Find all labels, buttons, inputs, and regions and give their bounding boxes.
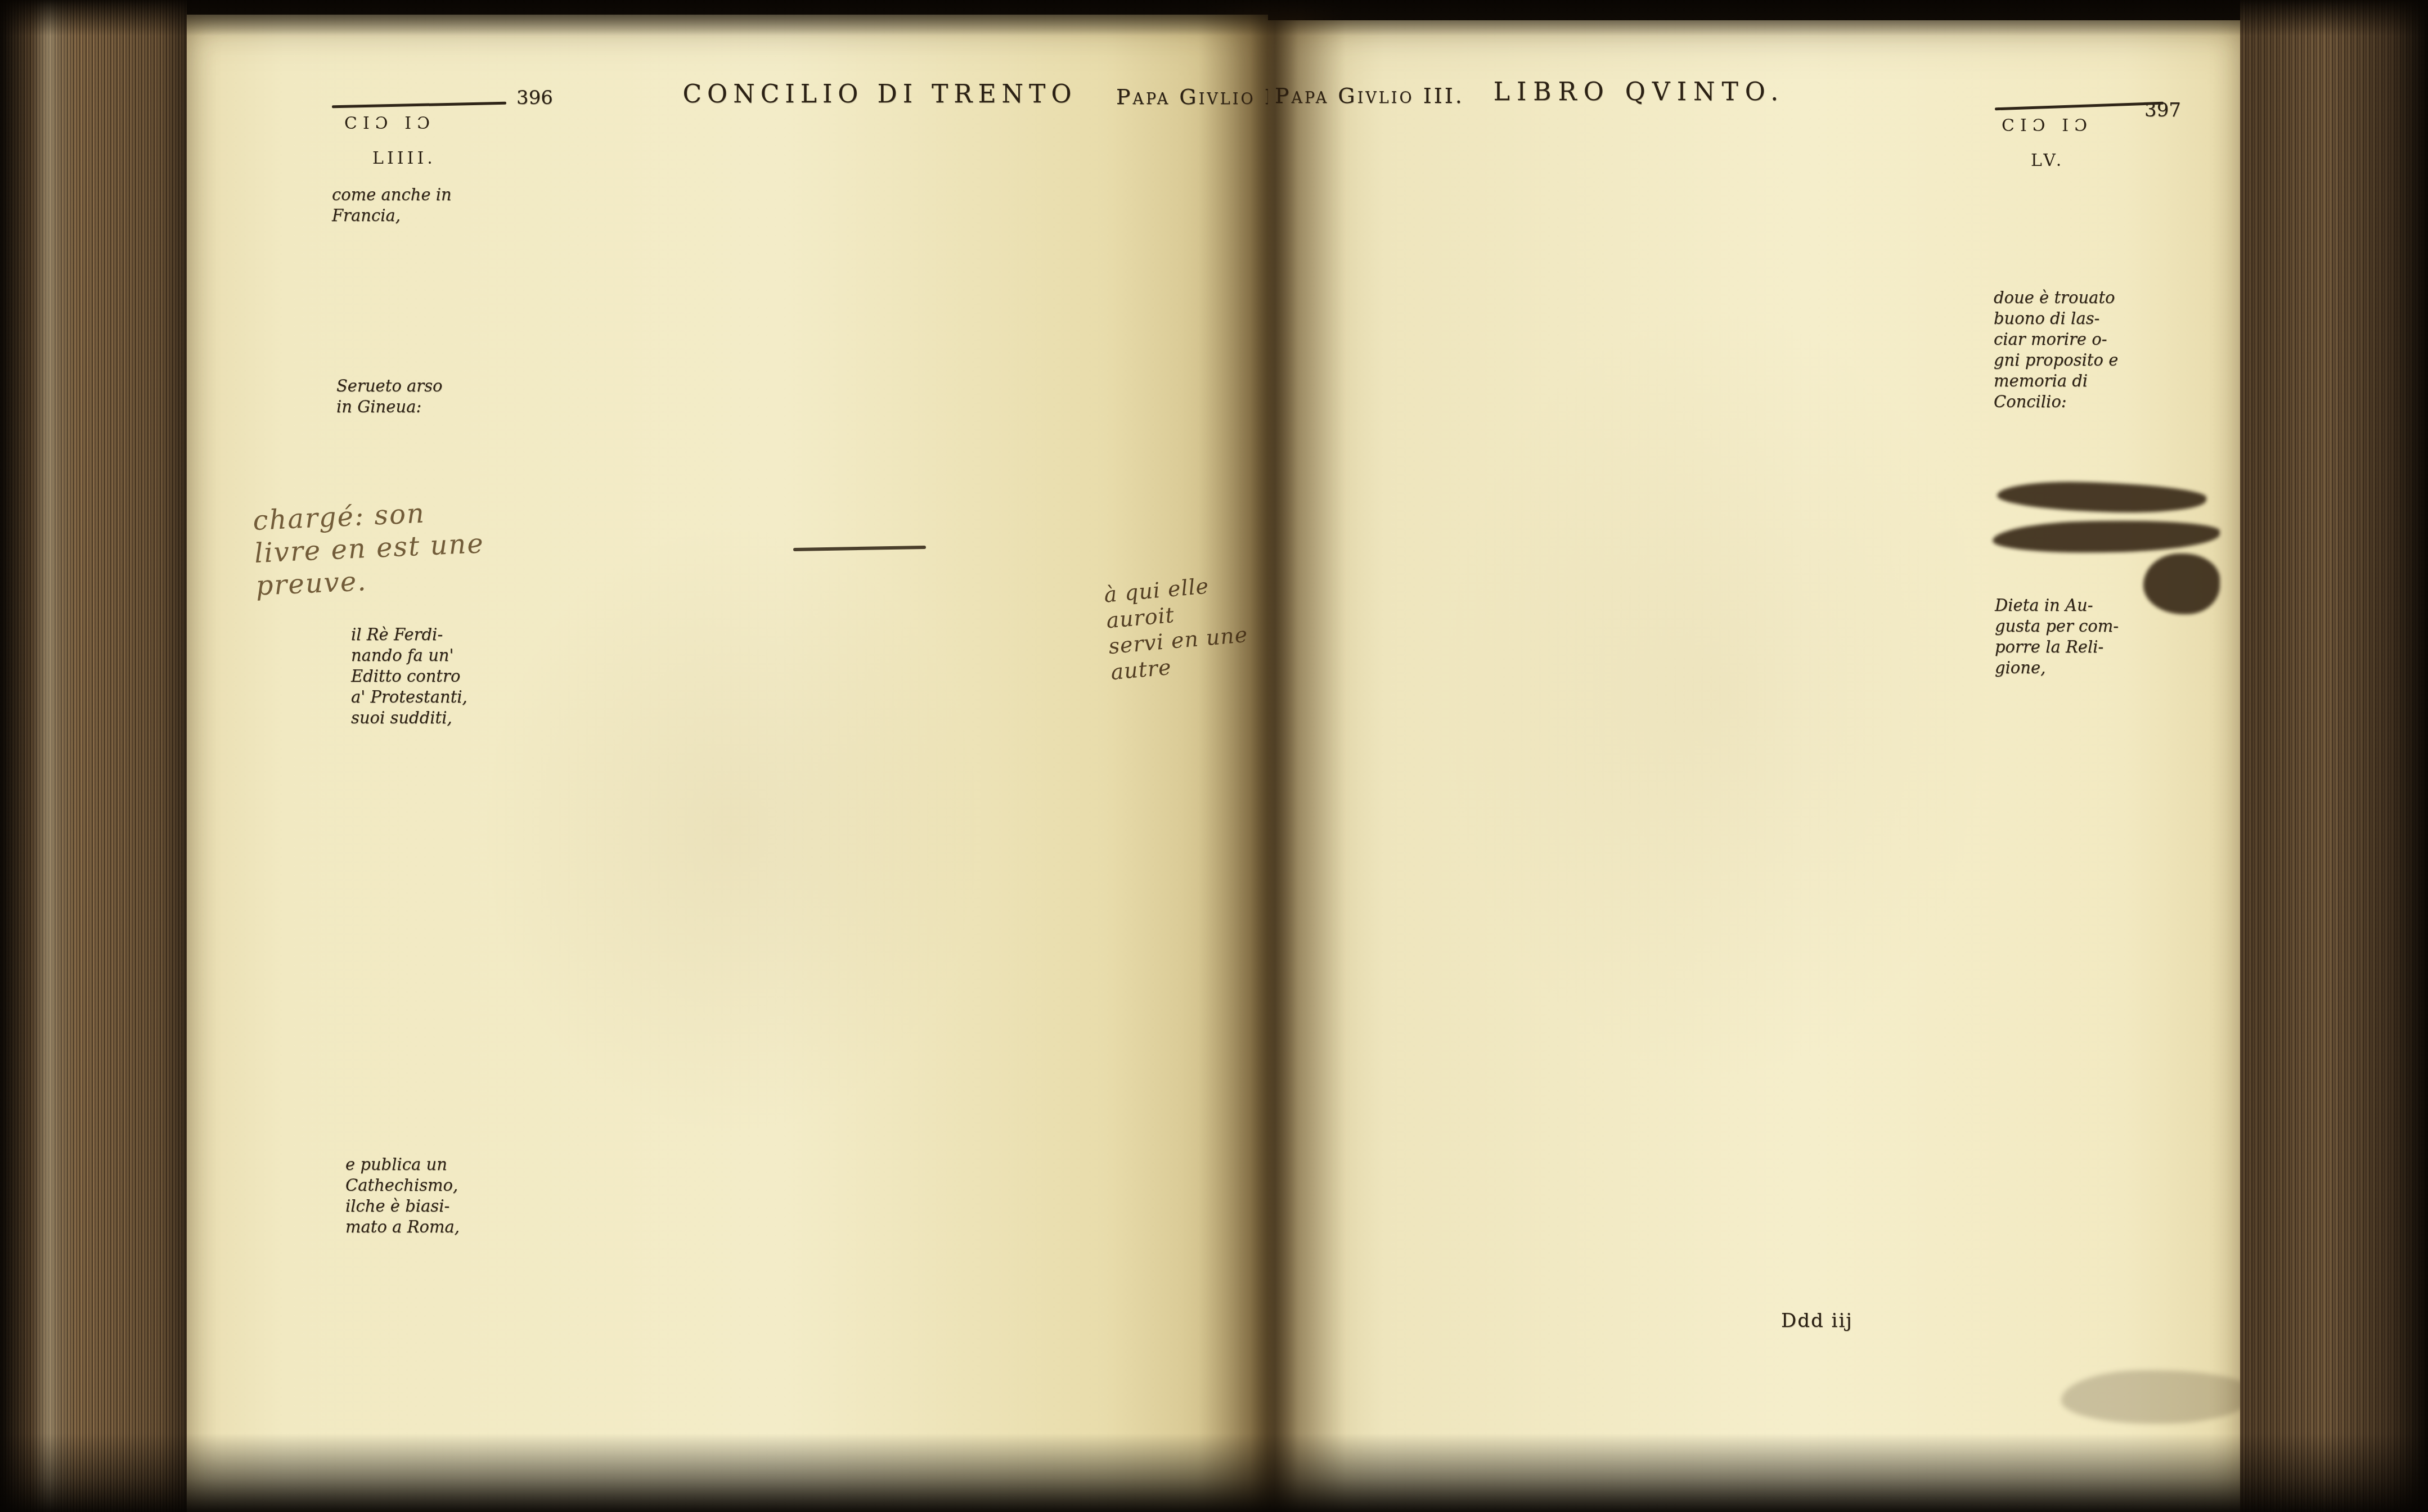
margin-note-dieta-augusta: Dieta in Au- gusta per com- porre la Rel… [1995, 595, 2119, 678]
handwritten-margin-note-french: chargé: son livre en est une preuve. [252, 494, 486, 602]
paper-stain [479, 521, 986, 1140]
ink-smudge-scribble [1997, 479, 2207, 516]
margin-note-serueto: Serueto arso in Gineua: [336, 376, 443, 417]
margin-date-left: CIƆ IƆ [344, 114, 435, 133]
margin-note-ferdinando-editto: il Rè Ferdi- nando fa un' Editto contro … [351, 624, 467, 728]
margin-date-right: CIƆ IƆ [2002, 116, 2093, 136]
book-page-block-left-edge [0, 0, 187, 1512]
bottom-shadow [0, 1433, 2428, 1512]
margin-date-year-left: LIIII. [372, 148, 436, 168]
ink-smudge-ghost [2061, 1370, 2240, 1424]
page-number-left: 396 [516, 87, 553, 109]
margin-rule-right [1995, 102, 2164, 110]
margin-rule-left [332, 102, 506, 108]
margin-note-catechismo: e publica un Cathechismo, ilche è biasi-… [345, 1154, 460, 1237]
margin-note-concilio-morire: doue è trouato buono di las- ciar morire… [1994, 287, 2118, 412]
running-title-right-page: LIBRO QVINTO. [1493, 78, 1786, 106]
margin-date-year-right: LV. [2031, 151, 2065, 170]
margin-note-francia: come anche in Francia, [332, 184, 452, 226]
book-page-block-right-edge [2240, 0, 2428, 1512]
book-gutter-shadow [1198, 0, 1346, 1512]
paper-stain [1437, 301, 1999, 1089]
ink-smudge-scribble [1993, 519, 2220, 554]
ink-smudge-scribble [2143, 553, 2220, 614]
signature-mark: Ddd iij [1781, 1309, 1853, 1332]
book-scan: 396 CONCILIO DI TRENTO Papa Givlio III. … [0, 0, 2428, 1512]
top-shadow [0, 0, 2428, 36]
ink-underline-incaricato [793, 546, 926, 551]
right-page: Papa Givlio III. LIBRO QVINTO. 397 CIƆ I… [1268, 20, 2240, 1512]
running-title-left-page: CONCILIO DI TRENTO [666, 80, 1094, 109]
left-page: 396 CONCILIO DI TRENTO Papa Givlio III. … [187, 15, 1268, 1512]
